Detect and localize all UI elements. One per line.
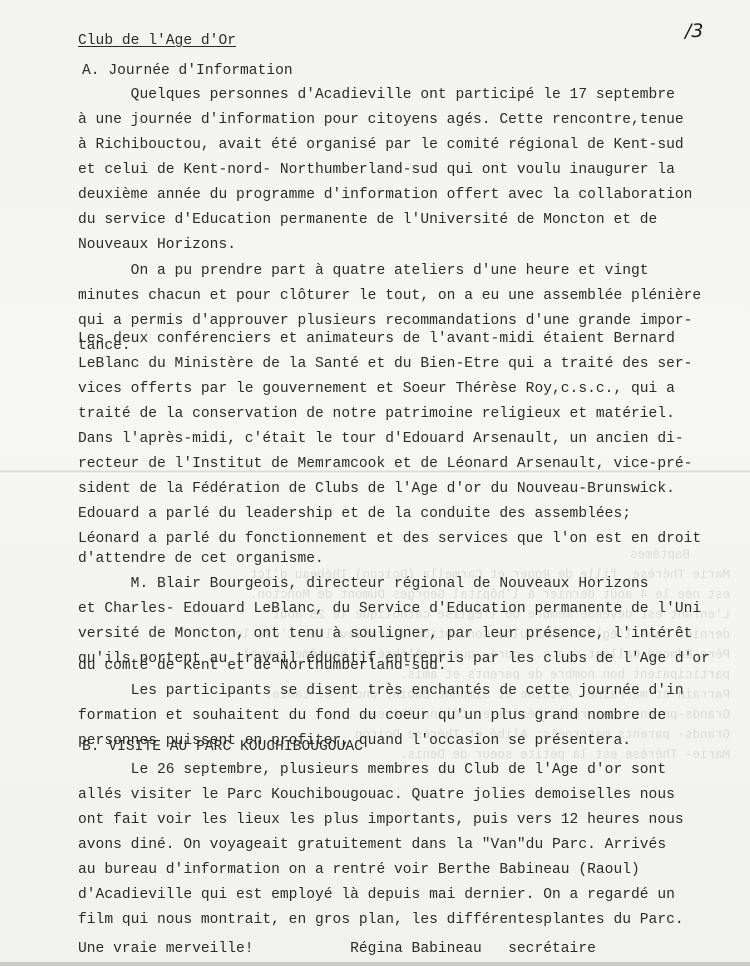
- section-a-line: d'attendre de cet organisme.: [78, 550, 324, 568]
- section-a-line: On a pu prendre part à quatre ateliers d…: [78, 262, 649, 280]
- document-title: Club de l'Age d'Or: [78, 32, 236, 50]
- section-a-line: à Richibouctou, avait été organisé par l…: [78, 136, 684, 154]
- section-a-line: formation et souhaitent du fond du coeur…: [78, 707, 666, 725]
- section-b-line: allés visiter le Parc Kouchibougouac. Qu…: [78, 786, 675, 804]
- section-a-line: et celui de Kent-nord- Northumberland-su…: [78, 161, 675, 179]
- section-a-line: Nouveaux Horizons.: [78, 236, 236, 254]
- section-a-line: Dans l'après-midi, c'était le tour d'Edo…: [78, 430, 684, 448]
- section-a-line: du comté de Kent et de Northumberland-su…: [78, 657, 447, 675]
- section-b-heading: B. VISITE AU PARC KOUCHIBOUGOUAC: [82, 738, 363, 756]
- section-a-line: à une journée d'information pour citoyen…: [78, 111, 684, 129]
- section-a-line: Les participants se disent très enchanté…: [78, 682, 684, 700]
- section-b-line: film qui nous montrait, en gros plan, le…: [78, 911, 684, 929]
- scanned-page: BaptêmesMarie Thérèse, fille de Roger et…: [0, 0, 750, 966]
- page-number: /3: [685, 20, 704, 42]
- section-a-heading: A. Journée d'Information: [82, 62, 293, 80]
- bleed-through-line: Baptêmes: [630, 548, 690, 562]
- section-a-line: Quelques personnes d'Acadieville ont par…: [78, 86, 675, 104]
- section-a-line: Léonard a parlé du fonctionnement et des…: [78, 530, 701, 548]
- section-a-line: versité de Moncton, ont tenu à souligner…: [78, 625, 692, 643]
- section-a-line: qui a permis d'approuver plusieurs recom…: [78, 312, 692, 330]
- section-b-line: au bureau d'information on a rentré voir…: [78, 861, 640, 879]
- section-a-line: sident de la Fédération de Clubs de l'Ag…: [78, 480, 675, 498]
- section-a-line: vices offerts par le gouvernement et Soe…: [78, 380, 675, 398]
- section-a-line: recteur de l'Institut de Memramcook et d…: [78, 455, 692, 473]
- section-b-line: Le 26 septembre, plusieurs membres du Cl…: [78, 761, 666, 779]
- section-a-line: et Charles- Edouard LeBlanc, du Service …: [78, 600, 701, 618]
- section-a-line: minutes chacun et pour clôturer le tout,…: [78, 287, 701, 305]
- section-a-line: traité de la conservation de notre patri…: [78, 405, 675, 423]
- section-b-line: ont fait voir les lieux les plus importa…: [78, 811, 684, 829]
- section-a-line: deuxième année du programme d'informatio…: [78, 186, 692, 204]
- bleed-through-line: Marie- Thérèse est la petite soeur de De…: [400, 748, 730, 762]
- section-a-line: Edouard a parlé du leadership et de la c…: [78, 505, 631, 523]
- signature-line: Une vraie merveille! Régina Babineau sec…: [78, 940, 596, 958]
- section-a-line: du service d'Education permanente de l'U…: [78, 211, 657, 229]
- page-bottom-edge: [0, 962, 750, 966]
- section-b-line: avons diné. On voyageait gratuitement da…: [78, 836, 666, 854]
- section-b-line: d'Acadieville qui est employé là depuis …: [78, 886, 675, 904]
- section-a-line: Les deux conférenciers et animateurs de …: [78, 330, 675, 348]
- section-a-line: LeBlanc du Ministère de la Santé et du B…: [78, 355, 692, 373]
- section-a-line: M. Blair Bourgeois, directeur régional d…: [78, 575, 649, 593]
- bleed-through-line: participaient bon nombre de parents et a…: [400, 668, 730, 682]
